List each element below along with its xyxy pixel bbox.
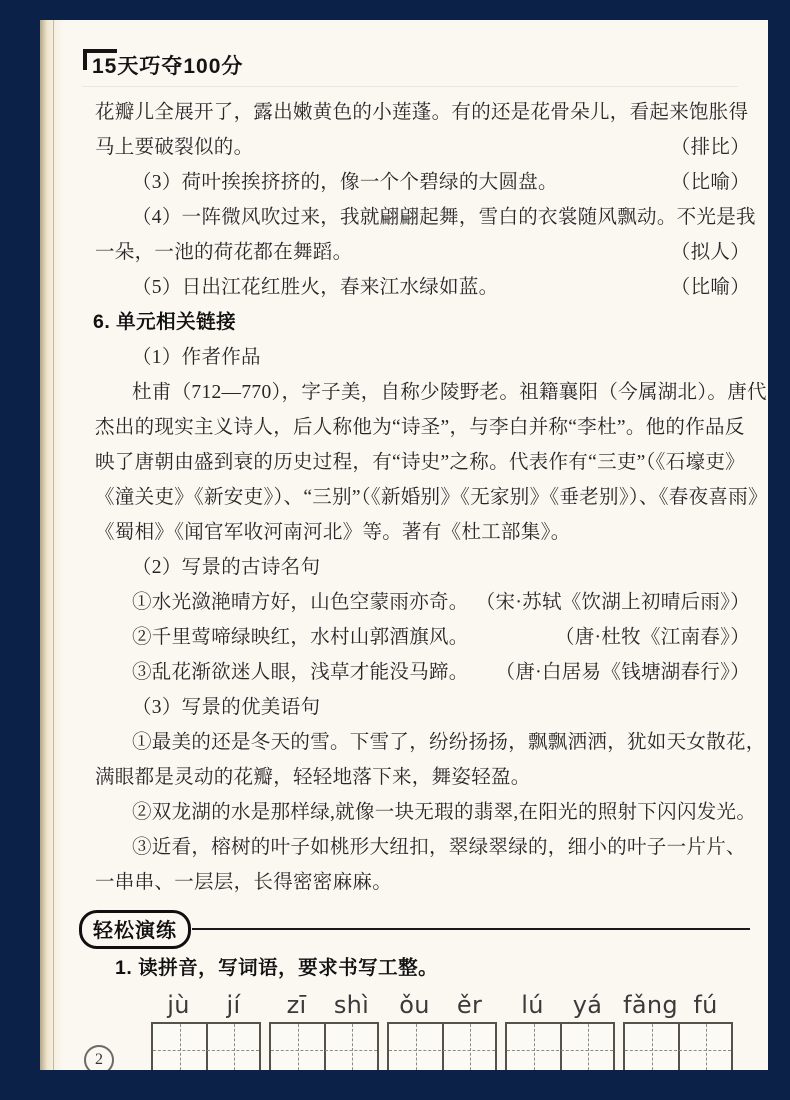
page-number-badge: 2 [84, 1045, 114, 1070]
writing-cell [507, 1024, 560, 1070]
pinyin-pair: fǎng fú [623, 990, 733, 1020]
subsection-heading: （1）作者作品 [95, 340, 750, 375]
writing-cell [271, 1024, 324, 1070]
writing-cell [153, 1024, 206, 1070]
line-text: 花瓣儿全展开了，露出嫩黄色的小莲蓬。有的还是花骨朵儿，看起来饱胀得 [95, 95, 748, 130]
pinyin-pair: jù jí [151, 990, 261, 1020]
writing-grid [269, 1022, 379, 1070]
writing-grid [505, 1022, 615, 1070]
page-content: 花瓣儿全展开了，露出嫩黄色的小莲蓬。有的还是花骨朵儿，看起来饱胀得 马上要破裂似… [95, 95, 750, 1070]
line-text: （4）一阵微风吹过来，我就翩翩起舞，雪白的衣裳随风飘动。不光是我 [95, 200, 756, 235]
writing-cell [206, 1024, 259, 1070]
pinyin-syllable: zī [269, 990, 324, 1020]
rhetoric-tag: （拟人） [671, 235, 750, 270]
rhetoric-tag: （排比） [671, 130, 750, 165]
divider-rule [192, 928, 750, 930]
text-line: 花瓣儿全展开了，露出嫩黄色的小莲蓬。有的还是花骨朵儿，看起来饱胀得 [95, 95, 750, 130]
writing-cell [560, 1024, 613, 1070]
pinyin-syllable: shì [324, 990, 379, 1020]
text-line: 《潼关吏》《新安吏》）、“三别”（《新婚别》《无家别》《垂老别》）、《春夜喜雨》 [95, 480, 750, 515]
question-1-title: 1. 读拼音，写词语，要求书写工整。 [115, 951, 750, 986]
writing-grid-row [151, 1022, 750, 1070]
text-line: 映了唐朝由盛到衰的历史过程，有“诗史”之称。代表作有“三吏”（《石壕吏》 [95, 445, 750, 480]
writing-cell [678, 1024, 731, 1070]
pinyin-syllable: jù [151, 990, 206, 1020]
pinyin-syllable: fú [678, 990, 733, 1020]
pinyin-pair: zī shì [269, 990, 379, 1020]
poem-source: （宋·苏轼《饮湖上初晴后雨》） [476, 585, 750, 620]
text-line: 一串串、一层层，长得密密麻麻。 [95, 865, 750, 900]
poem-source: （唐·白居易《钱塘湖春行》） [496, 655, 750, 690]
pinyin-pair: lú yá [505, 990, 615, 1020]
poem-line: ③乱花渐欲迷人眼，浅草才能没马蹄。 （唐·白居易《钱塘湖春行》） [95, 655, 750, 690]
text-line: ②双龙湖的水是那样绿,就像一块无瑕的翡翠,在阳光的照射下闪闪发光。 [95, 795, 750, 830]
page-header: 15天巧夺100分 [82, 50, 738, 87]
poem-text: ③乱花渐欲迷人眼，浅草才能没马蹄。 [95, 655, 469, 690]
text-line: 马上要破裂似的。 （排比） [95, 130, 750, 165]
pinyin-syllable: fǎng [623, 990, 678, 1020]
line-text: （5）日出江花红胜火，春来江水绿如蓝。 [95, 270, 498, 305]
poem-text: ①水光潋滟晴方好，山色空蒙雨亦奇。 [95, 585, 469, 620]
practice-badge: 轻松演练 [79, 910, 191, 949]
text-line: 杰出的现实主义诗人，后人称他为“诗圣”，与李白并称“李杜”。他的作品反 [95, 410, 750, 445]
rhetoric-tag: （比喻） [671, 270, 750, 305]
line-text: （3）荷叶挨挨挤挤的，像一个个碧绿的大圆盘。 [95, 165, 558, 200]
poem-line: ②千里莺啼绿映红，水村山郭酒旗风。 （唐·杜牧《江南春》） [95, 620, 750, 655]
subsection-heading: （2）写景的古诗名句 [95, 550, 750, 585]
text-line: 《蜀相》《闻官军收河南河北》等。著有《杜工部集》。 [95, 515, 750, 550]
pinyin-pair: ǒu ěr [387, 990, 497, 1020]
text-line: （4）一阵微风吹过来，我就翩翩起舞，雪白的衣裳随风飘动。不光是我 [95, 200, 750, 235]
poem-text: ②千里莺啼绿映红，水村山郭酒旗风。 [95, 620, 469, 655]
writing-grid [387, 1022, 497, 1070]
writing-cell [625, 1024, 678, 1070]
text-line: ①最美的还是冬天的雪。下雪了，纷纷扬扬，飘飘洒洒，犹如天女散花， [95, 725, 750, 760]
subsection-heading: （3）写景的优美语句 [95, 690, 750, 725]
line-text: 一朵，一池的荷花都在舞蹈。 [95, 235, 352, 270]
pinyin-syllable: ěr [442, 990, 497, 1020]
poem-source: （唐·杜牧《江南春》） [555, 620, 750, 655]
writing-cell [442, 1024, 495, 1070]
section-title: 6. 单元相关链接 [95, 305, 750, 340]
practice-section-header: 轻松演练 [79, 910, 750, 948]
text-line: 一朵，一池的荷花都在舞蹈。 （拟人） [95, 235, 750, 270]
pinyin-syllable: ǒu [387, 990, 442, 1020]
text-line: 满眼都是灵动的花瓣，轻轻地落下来，舞姿轻盈。 [95, 760, 750, 795]
text-line: ③近看，榕树的叶子如桃形大纽扣，翠绿翠绿的，细小的叶子一片片、 [95, 830, 750, 865]
pinyin-row: jù jí zī shì ǒu ěr lú yá fǎng fú [151, 990, 750, 1020]
poem-line: ①水光潋滟晴方好，山色空蒙雨亦奇。 （宋·苏轼《饮湖上初晴后雨》） [95, 585, 750, 620]
text-line: （5）日出江花红胜火，春来江水绿如蓝。 （比喻） [95, 270, 750, 305]
writing-cell [324, 1024, 377, 1070]
text-line: （3）荷叶挨挨挤挤的，像一个个碧绿的大圆盘。 （比喻） [95, 165, 750, 200]
pinyin-syllable: yá [560, 990, 615, 1020]
book-page: 15天巧夺100分 花瓣儿全展开了，露出嫩黄色的小莲蓬。有的还是花骨朵儿，看起来… [40, 20, 768, 1070]
line-text: 马上要破裂似的。 [95, 130, 253, 165]
writing-grid [151, 1022, 261, 1070]
book-logo: 15天巧夺100分 [92, 50, 243, 80]
text-line: 杜甫（712—770），字子美，自称少陵野老。祖籍襄阳（今属湖北）。唐代 [95, 375, 750, 410]
writing-cell [389, 1024, 442, 1070]
writing-grid [623, 1022, 733, 1070]
pinyin-syllable: lú [505, 990, 560, 1020]
pinyin-syllable: jí [206, 990, 261, 1020]
rhetoric-tag: （比喻） [671, 165, 750, 200]
